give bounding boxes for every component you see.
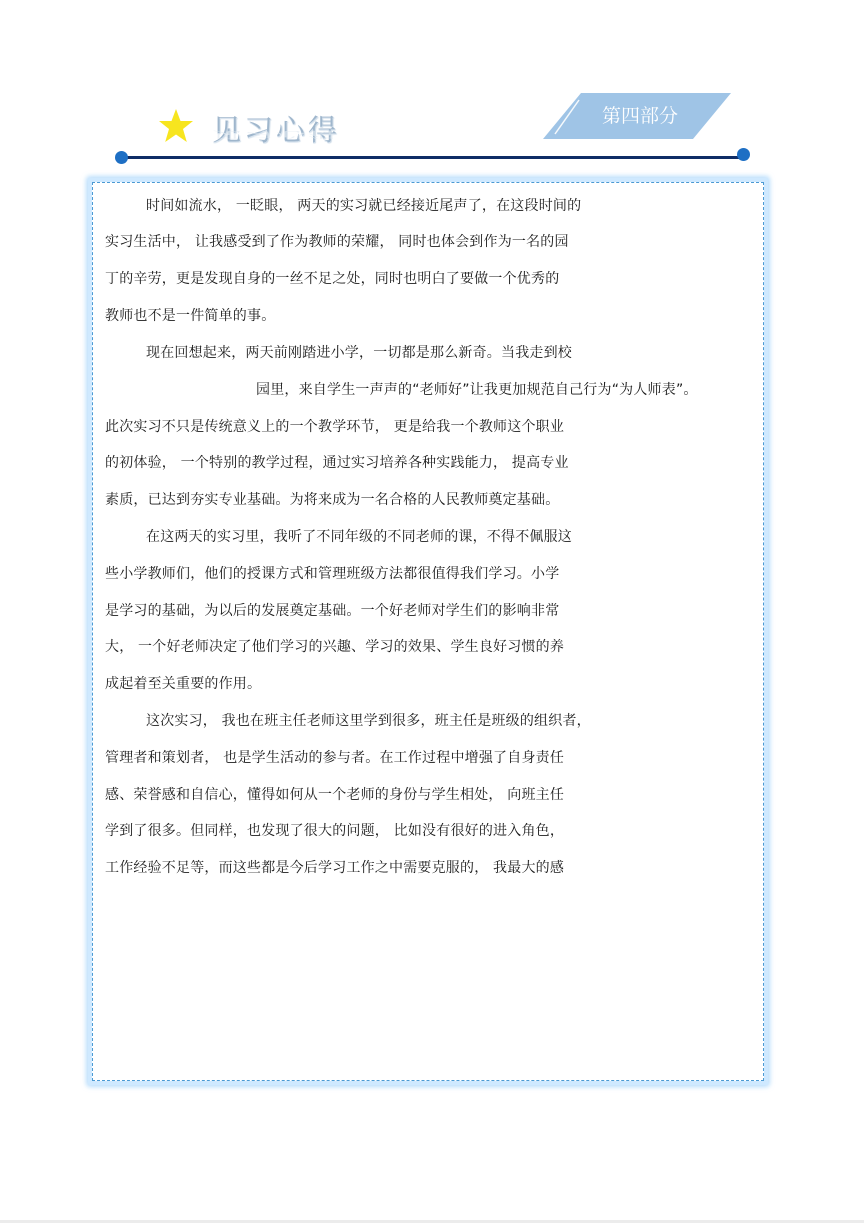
body-text-line: 大， 一个好老师决定了他们学习的兴趣、学习的效果、学生良好习惯的养 [105, 638, 564, 656]
body-text-line: 感、荣誉感和自信心，懂得如何从一个老师的身份与学生相处， 向班主任 [105, 786, 564, 804]
body-text-line: 的初体验， 一个特别的教学过程，通过实习培养各种实践能力， 提高专业 [105, 454, 569, 472]
body-text-line: 工作经验不足等，而这些都是今后学习工作之中需要克服的， 我最大的感 [105, 859, 564, 877]
body-text-line: 此次实习不只是传统意义上的一个教学环节， 更是给我一个教师这个职业 [105, 418, 564, 436]
divider-dot-left [115, 151, 128, 164]
section-title-reflection: 见习心得 [212, 129, 340, 140]
body-text-line: 些小学教师们，他们的授课方式和管理班级方法都很值得我们学习。小学 [105, 565, 559, 583]
body-text-line: 管理者和策划者， 也是学生活动的参与者。在工作过程中增强了自身责任 [105, 749, 564, 767]
body-text-line: 这次实习， 我也在班主任老师这里学到很多，班主任是班级的组织者， [146, 712, 591, 730]
body-text-line: 丁的辛劳，更是发现自身的一丝不足之处，同时也明白了要做一个优秀的 [105, 270, 559, 288]
header-divider-line [122, 156, 744, 159]
body-text-line: 在这两天的实习里，我听了不同年级的不同老师的课，不得不佩服这 [146, 528, 572, 546]
section-number-label: 第四部分 [595, 103, 685, 129]
section-header: 见习心得 见习心得 第四部分 [0, 0, 864, 170]
star-icon [158, 108, 194, 144]
body-text-line: 现在回想起来，两天前刚踏进小学，一切都是那么新奇。当我走到校 [146, 344, 572, 362]
section-number-tab: 第四部分 [543, 93, 733, 139]
body-text-line: 实习生活中， 让我感受到了作为教师的荣耀， 同时也体会到作为一名的园 [105, 233, 569, 251]
body-text-line: 素质，已达到夯实专业基础。为将来成为一名合格的人民教师奠定基础。 [105, 491, 559, 509]
body-text-line: 学到了很多。但同样，也发现了很大的问题， 比如没有很好的进入角色， [105, 822, 564, 840]
body-text-line: 教师也不是一件简单的事。 [105, 307, 275, 325]
body-text-line: 时间如流水， 一眨眼， 两天的实习就已经接近尾声了，在这段时间的 [146, 197, 581, 215]
body-text-line: 园里，来自学生一声声的“老师好”让我更加规范自己行为“为人师表”。 [256, 381, 698, 399]
body-text-line: 是学习的基础，为以后的发展奠定基础。一个好老师对学生们的影响非常 [105, 602, 559, 620]
body-text-line: 成起着至关重要的作用。 [105, 675, 261, 693]
divider-dot-right [737, 148, 750, 161]
